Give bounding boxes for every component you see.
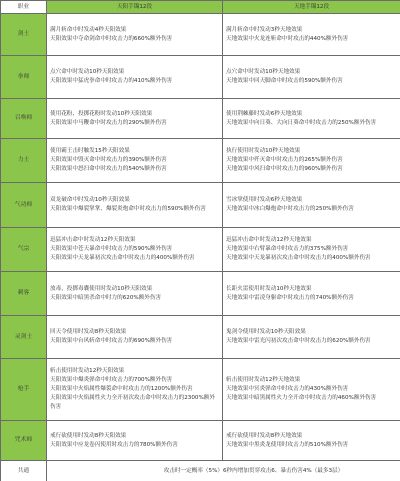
job-cell: 拳师 bbox=[1, 56, 47, 99]
effect-line: 天阳效果中火焰属性火力全开初次攻击命中时攻击力的2300%额外伤害 bbox=[50, 394, 220, 412]
table-row: 气宗 迅猛冲击命中时发动12秒天阳效果 天阳效果中苍天暴命中时攻击力的590%额… bbox=[1, 228, 400, 272]
effect-line: 戒行砍使用时发动8秒天阳效果 bbox=[50, 432, 220, 441]
effect-line: 鬼剑令使用时发动10秒天阳效果 bbox=[226, 328, 398, 337]
tiandi-effect: 满月斩命中时发动3秒天地效果 天地效果中火龙连斩命中时攻击的440%额外伤害 bbox=[223, 14, 400, 56]
effect-line: 天地效果中雷凌身躯命中时攻击力的740%额外伤害 bbox=[226, 294, 398, 303]
table-row: 力士 使用霸王击时触发15秒天阳效果 天阳效果中毁灭命中时攻击力的390%额外伤… bbox=[1, 139, 400, 183]
effect-line: 天地效果中雷光闪初次攻击命中时攻击力的620%额外伤害 bbox=[226, 337, 398, 346]
effect-line: 天阳效果中台风斩命中时攻击力的690%额外伤害 bbox=[50, 337, 220, 346]
effect-line: 天地效果中回天脚命中时攻击的590%额外伤害 bbox=[226, 77, 398, 86]
effect-line: 斩击使用时发动12秒天地效果 bbox=[226, 376, 398, 385]
job-cell: 刺客 bbox=[1, 272, 47, 316]
job-cell: 力士 bbox=[1, 139, 47, 183]
effect-line: 回天令使用时发动8秒天阳效果 bbox=[50, 328, 220, 337]
tianyang-effect: 满月斩命中时发动4秒天阳效果 天阳效果中夺命剑命中时攻击力的660%额外伤害 bbox=[47, 14, 223, 56]
tianyang-effect: 回天令使用时发动8秒天阳效果 天阳效果中台风斩命中时攻击力的690%额外伤害 bbox=[47, 316, 223, 359]
table-row: 拳师 点穴命中时发动10秒天阳效果 天阳效果中猛虎拳命中时攻击力的410%额外伤… bbox=[1, 56, 400, 99]
effect-line: 长距火雷使用时发动10秒天地效果 bbox=[226, 285, 398, 294]
tianyang-effect: 使用霸王击时触发15秒天阳效果 天阳效果中毁灭命中时攻击力的390%额外伤害 天… bbox=[47, 139, 223, 183]
effect-line: 迅猛冲击命中时发动12秒天阳效果 bbox=[50, 236, 220, 245]
effect-line: 天阳效果中夺命剑命中时攻击力的660%额外伤害 bbox=[50, 35, 220, 44]
tiandi-effect: 雪冰掌使用时发动6秒天地效果 天地效果中冰白爆炮命中时攻击力的250%额外伤害 bbox=[223, 183, 400, 228]
effect-line: 天阳效果中天龙暴初次攻击命中时攻击力的400%额外伤害 bbox=[50, 254, 220, 263]
job-cell: 气宗 bbox=[1, 228, 47, 272]
table-header-row: 职业 天阳手镯12段 天地手镯12段 bbox=[1, 1, 400, 14]
effect-line: 天阳效果中应龙卷闪使用时攻击力的780%额外伤害 bbox=[50, 441, 220, 450]
job-cell: 灵剑士 bbox=[1, 316, 47, 359]
tianyang-effect: 使用花粉，投掷花粉时发动10秒天阳效果 天阳效果中马鞭命中时攻击力的290%额外… bbox=[47, 99, 223, 139]
table-row: 剑士 满月斩命中时发动4秒天阳效果 天阳效果中夺命剑命中时攻击力的660%额外伤… bbox=[1, 14, 400, 56]
effect-line: 戒行砍使用时发动8秒天地效果 bbox=[226, 432, 398, 441]
effect-line: 天阳效果中暗黑杀命中时力的620%额外伤害 bbox=[50, 294, 220, 303]
job-cell: 召唤师 bbox=[1, 99, 47, 139]
tiandi-effect: 鬼剑令使用时发动10秒天阳效果 天地效果中雷光闪初次攻击命中时攻击力的620%额… bbox=[223, 316, 400, 359]
common-effect: 攻击时一定概率（5%）6秒内增加贯穿攻击6、暴击伤害4%（最多3层） bbox=[47, 461, 400, 481]
effect-line: 天地效果中冥炎弹命中时攻击力的430%额外伤害 bbox=[226, 385, 398, 394]
header-tianyang: 天阳手镯12段 bbox=[47, 1, 223, 14]
effect-line: 天阳效果中怒扫命中时攻击力的540%额外伤害 bbox=[50, 165, 220, 174]
effect-line: 天地效果中火龙连斩命中时攻击的440%额外伤害 bbox=[226, 35, 398, 44]
effect-line: 天阳效果中马鞭命中时攻击力的290%额外伤害 bbox=[50, 119, 220, 128]
table-row: 枪手 斩击使用时发动12秒天阳效果 天阳效果中爆炎弹命中时攻击力的700%额外伤… bbox=[1, 359, 400, 421]
effect-line: 天地效果中黑炎龙使用时攻击力的510%额外伤害 bbox=[226, 441, 398, 450]
effect-line: 天阳效果中毁灭命中时攻击力的390%额外伤害 bbox=[50, 156, 220, 165]
effect-line: 天阳效果中猛虎拳命中时攻击力的410%额外伤害 bbox=[50, 77, 220, 86]
effect-line: 迅猛冲击命中时发动12秒天地效果 bbox=[226, 236, 398, 245]
effect-line: 天地效果中天龙暴初次攻击命中时攻击力的400%额外伤害 bbox=[226, 254, 398, 263]
effect-line: 斩击使用时发动12秒天阳效果 bbox=[50, 367, 220, 376]
header-job: 职业 bbox=[1, 1, 47, 14]
effect-line: 天地效果中风扫命中时攻击力的960%额外伤害 bbox=[226, 165, 398, 174]
tianyang-effect: 斩击使用时发动12秒天阳效果 天阳效果中爆炎弹命中时攻击力的700%额外伤害 天… bbox=[47, 359, 223, 421]
effect-line: 天阳效果中苍天暴命中时攻击力的590%额外伤害 bbox=[50, 245, 220, 254]
effect-line: 放毒，投掷毒囊使用时发动10秒天阳效果 bbox=[50, 285, 220, 294]
effect-line: 使用荆棘藤时发动6秒天地效果 bbox=[226, 110, 398, 119]
effect-line: 天地效果中右臂暴命中时攻击力的375%额外伤害 bbox=[226, 245, 398, 254]
tianyang-effect: 放毒，投掷毒囊使用时发动10秒天阳效果 天阳效果中暗黑杀命中时力的620%额外伤… bbox=[47, 272, 223, 316]
table-row: 咒术师 戒行砍使用时发动8秒天阳效果 天阳效果中应龙卷闪使用时攻击力的780%额… bbox=[1, 421, 400, 461]
job-cell: 枪手 bbox=[1, 359, 47, 421]
effect-line: 天阳效果中爆裂掌掌、爆裂炎炮命中时攻击力的590%额外伤害 bbox=[50, 205, 220, 214]
effect-line: 雪冰掌使用时发动6秒天地效果 bbox=[226, 196, 398, 205]
effect-line: 使用霸王击时触发15秒天阳效果 bbox=[50, 147, 220, 156]
effect-line: 天地效果中歼灭命中时攻击力的265%额外伤害 bbox=[226, 156, 398, 165]
effect-line: 执行使用时发动10秒天地效果 bbox=[226, 147, 398, 156]
tiandi-effect: 点穴命中时发动10秒天地效果 天地效果中回天脚命中时攻击的590%额外伤害 bbox=[223, 56, 400, 99]
tianyang-effect: 戒行砍使用时发动8秒天阳效果 天阳效果中应龙卷闪使用时攻击力的780%额外伤害 bbox=[47, 421, 223, 461]
effect-line: 天地效果中冰白爆炮命中时攻击力的250%额外伤害 bbox=[226, 205, 398, 214]
common-row: 共通 攻击时一定概率（5%）6秒内增加贯穿攻击6、暴击伤害4%（最多3层） bbox=[1, 461, 400, 481]
effect-line: 天地效果中暗黑属性火力全开命中时攻击力的460%额外伤害 bbox=[226, 394, 398, 403]
tianyang-effect: 点穴命中时发动10秒天阳效果 天阳效果中猛虎拳命中时攻击力的410%额外伤害 bbox=[47, 56, 223, 99]
common-label: 共通 bbox=[1, 461, 47, 481]
tiandi-effect: 斩击使用时发动12秒天地效果 天地效果中冥炎弹命中时攻击力的430%额外伤害 天… bbox=[223, 359, 400, 421]
tiandi-effect: 戒行砍使用时发动8秒天地效果 天地效果中黑炎龙使用时攻击力的510%额外伤害 bbox=[223, 421, 400, 461]
effect-line: 天阳效果中火焰属性爆裂命中时攻击力的1200%额外伤害 bbox=[50, 385, 220, 394]
table-row: 气功师 双龙破命中时发动10秒天阳效果 天阳效果中爆裂掌掌、爆裂炎炮命中时攻击力… bbox=[1, 183, 400, 228]
tiandi-effect: 迅猛冲击命中时发动12秒天地效果 天地效果中右臂暴命中时攻击力的375%额外伤害… bbox=[223, 228, 400, 272]
effect-line: 满月斩命中时发动3秒天地效果 bbox=[226, 26, 398, 35]
table-row: 召唤师 使用花粉，投掷花粉时发动10秒天阳效果 天阳效果中马鞭命中时攻击力的29… bbox=[1, 99, 400, 139]
job-cell: 咒术师 bbox=[1, 421, 47, 461]
effect-line: 天地效果中向日葵、大向日葵命中时攻击力的250%额外伤害 bbox=[226, 119, 398, 128]
tianyang-effect: 迅猛冲击命中时发动12秒天阳效果 天阳效果中苍天暴命中时攻击力的590%额外伤害… bbox=[47, 228, 223, 272]
job-cell: 气功师 bbox=[1, 183, 47, 228]
table-row: 灵剑士 回天令使用时发动8秒天阳效果 天阳效果中台风斩命中时攻击力的690%额外… bbox=[1, 316, 400, 359]
effect-line: 点穴命中时发动10秒天地效果 bbox=[226, 68, 398, 77]
bracelet-comparison-table: 职业 天阳手镯12段 天地手镯12段 剑士 满月斩命中时发动4秒天阳效果 天阳效… bbox=[0, 0, 400, 481]
effect-line: 使用花粉，投掷花粉时发动10秒天阳效果 bbox=[50, 110, 220, 119]
tiandi-effect: 使用荆棘藤时发动6秒天地效果 天地效果中向日葵、大向日葵命中时攻击力的250%额… bbox=[223, 99, 400, 139]
job-cell: 剑士 bbox=[1, 14, 47, 56]
table-row: 刺客 放毒，投掷毒囊使用时发动10秒天阳效果 天阳效果中暗黑杀命中时力的620%… bbox=[1, 272, 400, 316]
header-tiandi: 天地手镯12段 bbox=[223, 1, 400, 14]
effect-line: 点穴命中时发动10秒天阳效果 bbox=[50, 68, 220, 77]
effect-line: 满月斩命中时发动4秒天阳效果 bbox=[50, 26, 220, 35]
tiandi-effect: 长距火雷使用时发动10秒天地效果 天地效果中雷凌身躯命中时攻击力的740%额外伤… bbox=[223, 272, 400, 316]
tiandi-effect: 执行使用时发动10秒天地效果 天地效果中歼灭命中时攻击力的265%额外伤害 天地… bbox=[223, 139, 400, 183]
effect-line: 双龙破命中时发动10秒天阳效果 bbox=[50, 196, 220, 205]
effect-line: 天阳效果中爆炎弹命中时攻击力的700%额外伤害 bbox=[50, 376, 220, 385]
tianyang-effect: 双龙破命中时发动10秒天阳效果 天阳效果中爆裂掌掌、爆裂炎炮命中时攻击力的590… bbox=[47, 183, 223, 228]
